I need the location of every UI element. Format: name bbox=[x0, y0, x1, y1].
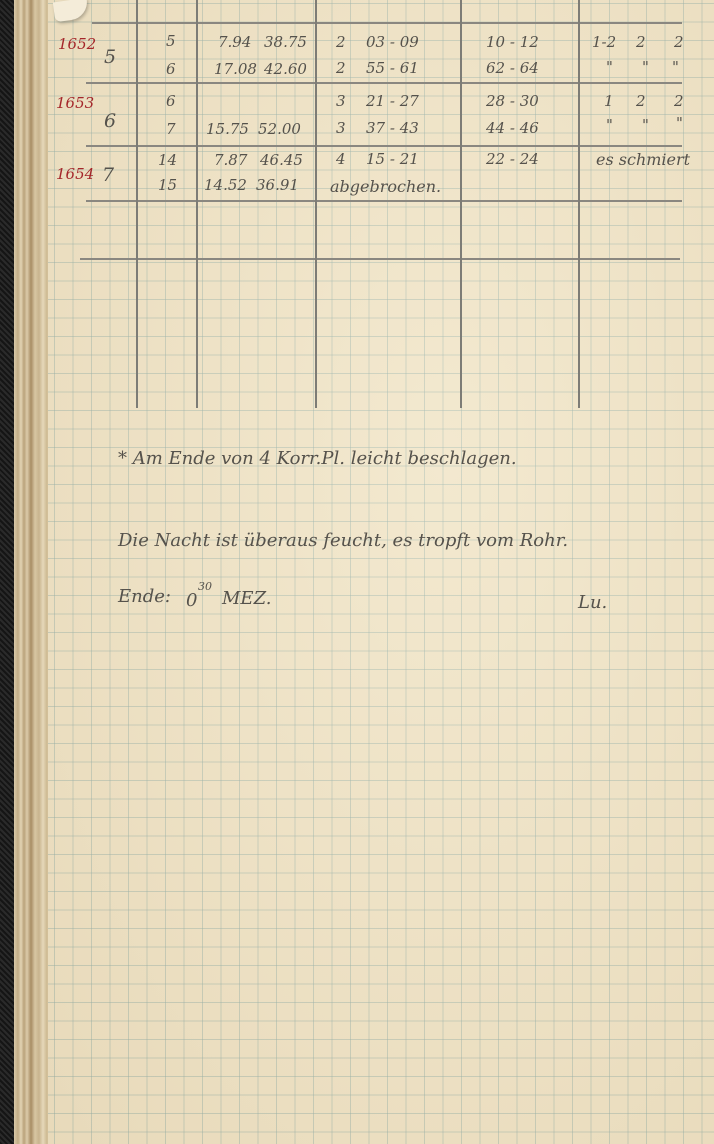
exposure-number: 15 bbox=[158, 176, 177, 194]
ditto-3: " bbox=[672, 58, 679, 76]
hour: 3 bbox=[336, 92, 346, 110]
table-rule-top bbox=[92, 22, 682, 24]
ditto-1: " bbox=[606, 58, 613, 76]
hour: 4 bbox=[336, 150, 346, 168]
time-range-1: 55 - 61 bbox=[366, 59, 419, 77]
plate-number: 1652 bbox=[58, 35, 96, 53]
value-b: 36.91 bbox=[256, 176, 299, 194]
hour: 2 bbox=[336, 59, 346, 77]
time-range-1: 15 - 21 bbox=[366, 150, 419, 168]
time-range-2: 10 - 12 bbox=[486, 33, 539, 51]
time-range-2: 62 - 64 bbox=[486, 59, 539, 77]
ditto-3: " bbox=[676, 114, 683, 132]
quality-3: 2 bbox=[674, 92, 684, 110]
plate-number: 1653 bbox=[56, 94, 94, 112]
exposure-number: 6 bbox=[166, 92, 176, 110]
table-col-3 bbox=[315, 0, 317, 408]
exposure-number: 7 bbox=[166, 120, 176, 138]
table-col-1 bbox=[136, 0, 138, 408]
end-time-label: Ende: bbox=[118, 586, 171, 607]
group-number: 5 bbox=[104, 46, 116, 68]
time-range-2: 22 - 24 bbox=[486, 150, 539, 168]
table-col-5 bbox=[578, 0, 580, 408]
notebook-page bbox=[48, 0, 714, 1144]
table-rule-row4 bbox=[80, 258, 680, 260]
table-rule-row2 bbox=[86, 145, 682, 147]
page-edges bbox=[14, 0, 50, 1144]
time-range-1: 37 - 43 bbox=[366, 119, 419, 137]
time-range-2: 28 - 30 bbox=[486, 92, 539, 110]
weather-note: Die Nacht ist überaus feucht, es tropft … bbox=[118, 530, 568, 551]
table-col-2 bbox=[196, 0, 198, 408]
exposure-number: 6 bbox=[166, 60, 176, 78]
value-b: 38.75 bbox=[264, 33, 307, 51]
end-time-zone: MEZ. bbox=[222, 588, 271, 609]
remark: es schmiert bbox=[596, 150, 690, 169]
value-a: 17.08 bbox=[214, 60, 257, 78]
aborted-status: abgebrochen. bbox=[330, 177, 441, 196]
value-b: 52.00 bbox=[258, 120, 301, 138]
value-a: 7.94 bbox=[218, 33, 251, 51]
exposure-number: 14 bbox=[158, 151, 177, 169]
ditto-1: " bbox=[606, 116, 613, 134]
time-range-1: 03 - 09 bbox=[366, 33, 419, 51]
group-number: 6 bbox=[104, 110, 116, 132]
ditto-2: " bbox=[642, 116, 649, 134]
value-b: 46.45 bbox=[260, 151, 303, 169]
group-number: 7 bbox=[102, 164, 114, 186]
quality-2: 2 bbox=[636, 33, 646, 51]
value-a: 14.52 bbox=[204, 176, 247, 194]
plate-number: 1654 bbox=[56, 165, 94, 183]
footnote: * Am Ende von 4 Korr.Pl. leicht beschlag… bbox=[118, 448, 517, 469]
hour: 2 bbox=[336, 33, 346, 51]
quality-2: 2 bbox=[636, 92, 646, 110]
quality-3: 2 bbox=[674, 33, 684, 51]
ditto-2: " bbox=[642, 58, 649, 76]
table-rule-row1 bbox=[86, 82, 682, 84]
signature: Lu. bbox=[578, 592, 607, 613]
end-time-minutes: 30 bbox=[198, 580, 212, 593]
value-b: 42.60 bbox=[264, 60, 307, 78]
table-col-4 bbox=[460, 0, 462, 408]
quality-1: 1-2 bbox=[592, 33, 616, 51]
time-range-1: 21 - 27 bbox=[366, 92, 419, 110]
end-time-hour: 0 bbox=[186, 590, 197, 611]
time-range-2: 44 - 46 bbox=[486, 119, 539, 137]
quality-1: 1 bbox=[604, 92, 614, 110]
hour: 3 bbox=[336, 119, 346, 137]
exposure-number: 5 bbox=[166, 32, 176, 50]
value-a: 7.87 bbox=[214, 151, 247, 169]
value-a: 15.75 bbox=[206, 120, 249, 138]
table-rule-row3 bbox=[86, 200, 682, 202]
